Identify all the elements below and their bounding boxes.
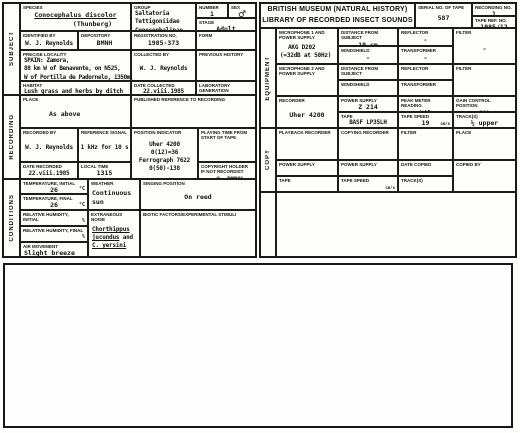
recording-no-field: RECORDING NO. 1 (472, 3, 516, 16)
published-reference-field: PUBLISHED REFERENCE TO RECORDING (131, 95, 256, 128)
depository-value: BMNH (79, 38, 130, 49)
temperature-final-field: TEMPERATURE, FINAL 26 °C (20, 194, 88, 210)
locality-line3: W of Portilla de Padornelo, 1350m (24, 74, 130, 81)
depository-field: DEPOSITORY BMNH (78, 31, 131, 50)
collected-by-field: COLLECTED BY W. J. Reynolds (131, 50, 196, 81)
number-value: 1 (197, 10, 227, 18)
section-conditions-label: CONDITIONS (9, 194, 15, 242)
mic1-transformer-field: TRANSFORMER - (398, 46, 453, 64)
mic1-filter-field: FILTER - (453, 28, 516, 64)
position-indicator-line4: 0(50)-138 (149, 165, 180, 173)
reference-signal-value: 1 kHz for 10 s (79, 135, 130, 161)
registration-no-value: 1985-373 (132, 38, 195, 49)
extraneous-noise-conjunction: and (119, 234, 133, 241)
weather-field: WEATHER Continuous sun (88, 179, 140, 210)
position-indicator-field: POSITION INDICATOR Uher 4200 0(12)=36 Fe… (131, 128, 198, 179)
date-collected-field: DATE COLLECTED 22.viii.1985 (131, 81, 196, 95)
collected-by-value: W. J. Reynolds (132, 57, 195, 80)
microphone2-field: MICROPHONE 2 AND POWER SUPPLY (276, 64, 338, 96)
biotic-factors-field: BIOTIC FACTORS/EXPERIMENTAL STIMULI (140, 210, 256, 257)
copy-filter-value (399, 135, 452, 159)
playing-time-value (199, 141, 255, 161)
peak-meter-label: PEAK METER READING (399, 97, 452, 109)
gain-control-field: GAIN CONTROL POSITION 60% (453, 96, 516, 112)
locality-field: PRECISE LOCALITY SPAIN: Zamora, 88 km W … (20, 50, 131, 81)
microphone1-field: MICROPHONE 1 AND POWER SUPPLY AKG D202 (… (276, 28, 338, 64)
copy-tape-speed-field: TAPE SPEED cm/s (338, 176, 398, 192)
position-indicator-line2: 0(12)=36 (151, 149, 178, 157)
copyright-holder-label: COPYRIGHT HOLDER IF NOT RECORDIST (199, 163, 255, 175)
card-title-line2: LIBRARY OF RECORDED INSECT SOUNDS (261, 16, 414, 27)
copy-place-field: PLACE (453, 128, 516, 160)
mic2-distance-field: DISTANCE FROM SUBJECT (338, 64, 398, 80)
section-equipment-label: EQUIPMENT (265, 56, 271, 101)
tracks-field: TRACK(S) ½ upper (453, 112, 516, 128)
copy-date-copied-value (399, 167, 452, 175)
mic1-reflector-value: - (399, 35, 452, 45)
humidity-final-unit: % (82, 234, 85, 240)
form-value (197, 38, 255, 49)
card-title-line1: BRITISH MUSEUM (NATURAL HISTORY) (261, 5, 414, 16)
laboratory-generation-label: LABORATORY GENERATION (197, 82, 255, 94)
previous-history-value (197, 57, 255, 80)
date-recorded-value: 22.viii.1985 (21, 169, 77, 178)
humidity-final-value (21, 233, 87, 241)
serial-no-value: 587 (416, 10, 471, 27)
section-recording-label: RECORDING (9, 114, 15, 160)
power-supply-field: POWER SUPPLY Z 214 (338, 96, 398, 112)
copy-copying-recorder-value (339, 135, 397, 159)
extraneous-noise-label: EXTRANEOUS NOISE (89, 211, 139, 223)
peak-meter-field: PEAK METER READING Nil (398, 96, 453, 112)
section-copy-label: COPY (265, 149, 271, 170)
copy-place-value (454, 135, 515, 159)
copy-tape-field: TAPE (276, 176, 338, 192)
mic1-transformer-value: - (399, 53, 452, 63)
gain-control-label: GAIN CONTROL POSITION (454, 97, 515, 109)
copy-copying-recorder-field: COPYING RECORDER (338, 128, 398, 160)
mic1-windshield-field: WINDSHIELD - (338, 46, 398, 64)
tracks-value: ½ upper (454, 119, 515, 128)
date-recorded-field: DATE RECORDED 22.viii.1985 (20, 162, 78, 179)
humidity-initial-unit: % (82, 218, 85, 224)
section-subject-label: SUBJECT (9, 31, 15, 66)
copy-playback-recorder-field: PLAYBACK RECORDER (276, 128, 338, 160)
extraneous-noise-field: EXTRANEOUS NOISE Chorthippus jucundus an… (88, 210, 140, 257)
sex-field: SEX ♂ (228, 3, 256, 18)
air-movement-field: AIR MOVEMENT Slight breeze (20, 242, 88, 257)
section-copy: COPY (260, 128, 276, 192)
locality-line2: 88 km W of Benavente, on N525, (24, 65, 130, 73)
reference-signal-field: REFERENCE SIGNAL 1 kHz for 10 s (78, 128, 131, 162)
singing-position-field: SINGING POSITION On reed (140, 179, 256, 210)
microphone1-model: AKG D202 (280, 44, 337, 52)
tape-ref-no-field: TAPE REF. NO. 1985/12 (472, 16, 516, 28)
blank-attachment-box (3, 263, 513, 428)
mic2-distance-label: DISTANCE FROM SUBJECT (339, 65, 397, 77)
section-blank-strip (260, 192, 276, 257)
habitat-value: Lush grass and herbs by ditch (21, 88, 130, 95)
mic1-windshield-value: - (339, 53, 397, 63)
group-family: Tettigoniidae (135, 18, 195, 26)
tape-field: TAPE BASF LP35LH (338, 112, 398, 128)
weather-line2: sun (92, 198, 139, 207)
mic1-distance-label: DISTANCE FROM SUBJECT (339, 29, 397, 41)
temperature-final-unit: °C (79, 202, 85, 208)
copy-tape-value (277, 183, 337, 191)
humidity-initial-value (21, 223, 87, 225)
locality-line1: SPAIN: Zamora, (24, 57, 130, 65)
copy-filter-field: FILTER (398, 128, 453, 160)
copy-tracks-value (399, 183, 452, 191)
recorded-by-value: W. J. Reynolds (21, 135, 77, 161)
group-order: Saltatoria (135, 10, 195, 18)
microphone2-label: MICROPHONE 2 AND POWER SUPPLY (277, 65, 337, 77)
power-supply-value: Z 214 (339, 103, 397, 112)
mic1-filter-value: - (454, 35, 515, 63)
registration-no-field: REGISTRATION NO. 1985-373 (131, 31, 196, 50)
place-field: PLACE As above (20, 95, 131, 128)
extraneous-noise-species2: C. yersini (92, 242, 126, 249)
species-name: Conocephalus discolor (34, 11, 116, 20)
stage-field: STAGE Adult (196, 18, 256, 31)
temperature-final-value: 26 (21, 201, 87, 210)
recorded-by-field: RECORDED BY W. J. Reynolds (20, 128, 78, 162)
mic1-reflector-field: REFLECTOR - (398, 28, 453, 46)
mic2-reflector-field: REFLECTOR (398, 64, 453, 80)
copy-date-copied-field: DATE COPIED (398, 160, 453, 176)
copy-power-supply2-value (339, 167, 397, 175)
species-author: (Thunberg) (39, 20, 112, 29)
microphone1-label: MICROPHONE 1 AND POWER SUPPLY (277, 29, 337, 41)
position-indicator-line1: Uher 4200 (149, 141, 180, 149)
position-indicator-line3: Ferrograph 7622 (139, 157, 190, 165)
playing-time-label: PLAYING TIME FROM START OF TAPE (199, 129, 255, 141)
mic2-filter-field: FILTER (453, 64, 516, 96)
recorder-field: RECORDER Uher 4200 (276, 96, 338, 128)
weather-line1: Continuous (92, 189, 139, 198)
date-collected-value: 22.viii.1985 (132, 88, 195, 95)
mic2-reflector-value (399, 71, 452, 79)
card-title: BRITISH MUSEUM (NATURAL HISTORY) LIBRARY… (260, 3, 415, 28)
copy-tape-speed-unit: cm/s (385, 185, 395, 190)
biotic-factors-value (141, 217, 255, 256)
copy-power-supply1-value (277, 167, 337, 175)
mic2-transformer-field: TRANSFORMER (398, 80, 453, 96)
section-recording: RECORDING (3, 95, 20, 179)
identified-by-value: W. J. Reynolds (21, 38, 77, 49)
species-field: SPECIES Conocephalus discolor(Thunberg) (20, 3, 131, 31)
previous-history-field: PREVIOUS HISTORY (196, 50, 256, 81)
copy-power-supply1-field: POWER SUPPLY (276, 160, 338, 176)
place-value: As above (21, 102, 130, 127)
mic2-filter-value (454, 71, 515, 95)
temperature-initial-unit: °C (79, 186, 85, 192)
copyright-holder-field: COPYRIGHT HOLDER IF NOT RECORDIST © BMNH (198, 162, 256, 179)
notes-area (276, 192, 516, 257)
mic2-distance-value (339, 77, 397, 79)
singing-position-value: On reed (141, 186, 255, 209)
temperature-initial-field: TEMPERATURE, INITIAL 26 °C (20, 179, 88, 194)
temperature-initial-value: 26 (21, 186, 87, 194)
group-field: GROUP Saltatoria Tettigoniidae Conocepha… (131, 3, 196, 31)
habitat-field: HABITAT Lush grass and herbs by ditch (20, 81, 131, 95)
copy-copied-by-field: COPIED BY (453, 160, 516, 192)
recorder-value: Uher 4200 (277, 103, 337, 127)
laboratory-generation-field: LABORATORY GENERATION (196, 81, 256, 95)
mic2-windshield-field: WINDSHIELD (338, 80, 398, 96)
tape-speed-field: TAPE SPEED 19 cm/s (398, 112, 453, 128)
mic2-transformer-value (399, 87, 452, 95)
humidity-initial-label: RELATIVE HUMIDITY, INITIAL (21, 211, 87, 223)
identified-by-field: IDENTIFIED BY W. J. Reynolds (20, 31, 78, 50)
air-movement-value: Slight breeze (21, 249, 87, 257)
playing-time-field: PLAYING TIME FROM START OF TAPE (198, 128, 256, 162)
tape-value: BASF LP35LH (339, 119, 397, 127)
mic2-windshield-value (339, 87, 397, 95)
copy-playback-recorder-value (277, 135, 337, 159)
section-equipment: EQUIPMENT (260, 28, 276, 128)
microphone2-value (277, 77, 337, 95)
copy-copied-by-value (454, 167, 515, 191)
copy-power-supply2-field: POWER SUPPLY (338, 160, 398, 176)
published-reference-value (132, 102, 255, 127)
tape-speed-unit: cm/s (440, 121, 450, 126)
humidity-final-field: RELATIVE HUMIDITY, FINAL % (20, 226, 88, 242)
copy-tracks-field: TRACK(S) (398, 176, 453, 192)
serial-no-field: SERIAL NO. OF TAPE 587 (415, 3, 472, 28)
form-field: FORM (196, 31, 256, 50)
number-field: NUMBER 1 (196, 3, 228, 18)
local-time-field: LOCAL TIME 1315 (78, 162, 131, 179)
mic1-distance-field: DISTANCE FROM SUBJECT 10 cm (338, 28, 398, 46)
section-subject: SUBJECT (3, 3, 20, 95)
microphone1-sensitivity: (=32dB at 50Hz) (280, 52, 337, 60)
sex-value: ♂ (229, 10, 255, 18)
section-conditions: CONDITIONS (3, 179, 20, 257)
scanned-record-card-page: SUBJECT RECORDING CONDITIONS SPECIES Con… (0, 0, 520, 433)
humidity-initial-field: RELATIVE HUMIDITY, INITIAL % (20, 210, 88, 226)
local-time-value: 1315 (79, 169, 130, 178)
